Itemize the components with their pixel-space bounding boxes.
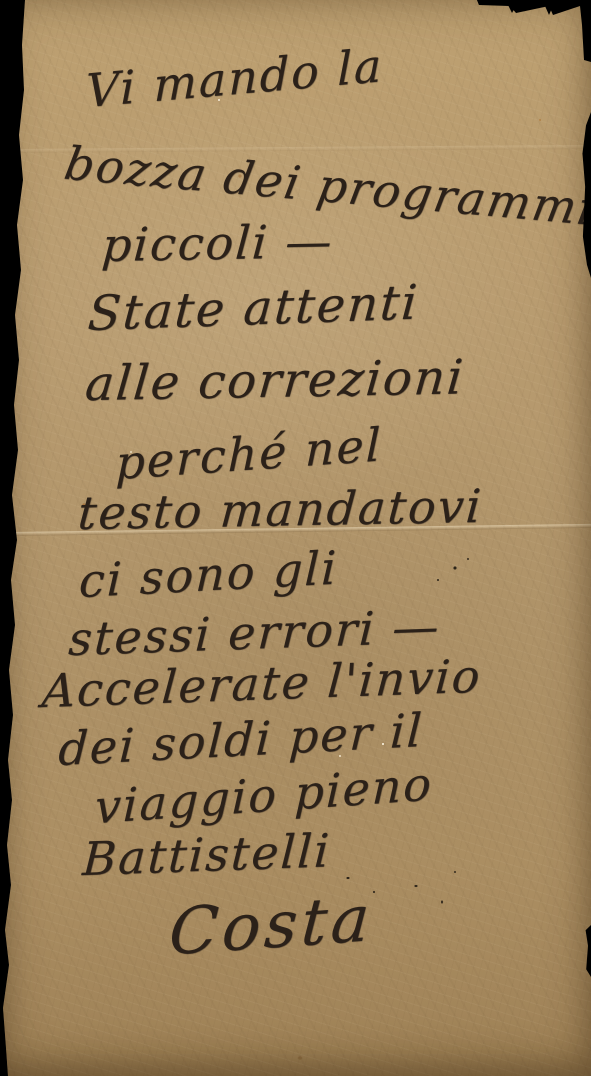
handwriting-line-5: alle correzioni xyxy=(83,349,467,412)
kraft-paper-sheet: Vi mando la bozza dei programmi piccoli … xyxy=(0,0,591,1076)
handwriting-line-3: piccoli — xyxy=(100,214,335,272)
handwriting-line-13: Battistelli xyxy=(81,823,332,886)
handwriting-line-1: Vi mando la xyxy=(86,38,383,118)
handwriting-line-8: ci sono gli xyxy=(78,540,339,608)
handwriting-line-4: State attenti xyxy=(86,274,421,342)
signature: Costa xyxy=(167,882,376,971)
handwriting-line-6: perché nel xyxy=(115,417,383,490)
handwriting-layer: Vi mando la bozza dei programmi piccoli … xyxy=(0,0,591,1076)
photo-of-handwritten-note: Vi mando la bozza dei programmi piccoli … xyxy=(0,0,591,1076)
handwriting-line-7: testo mandatovi xyxy=(76,479,484,540)
